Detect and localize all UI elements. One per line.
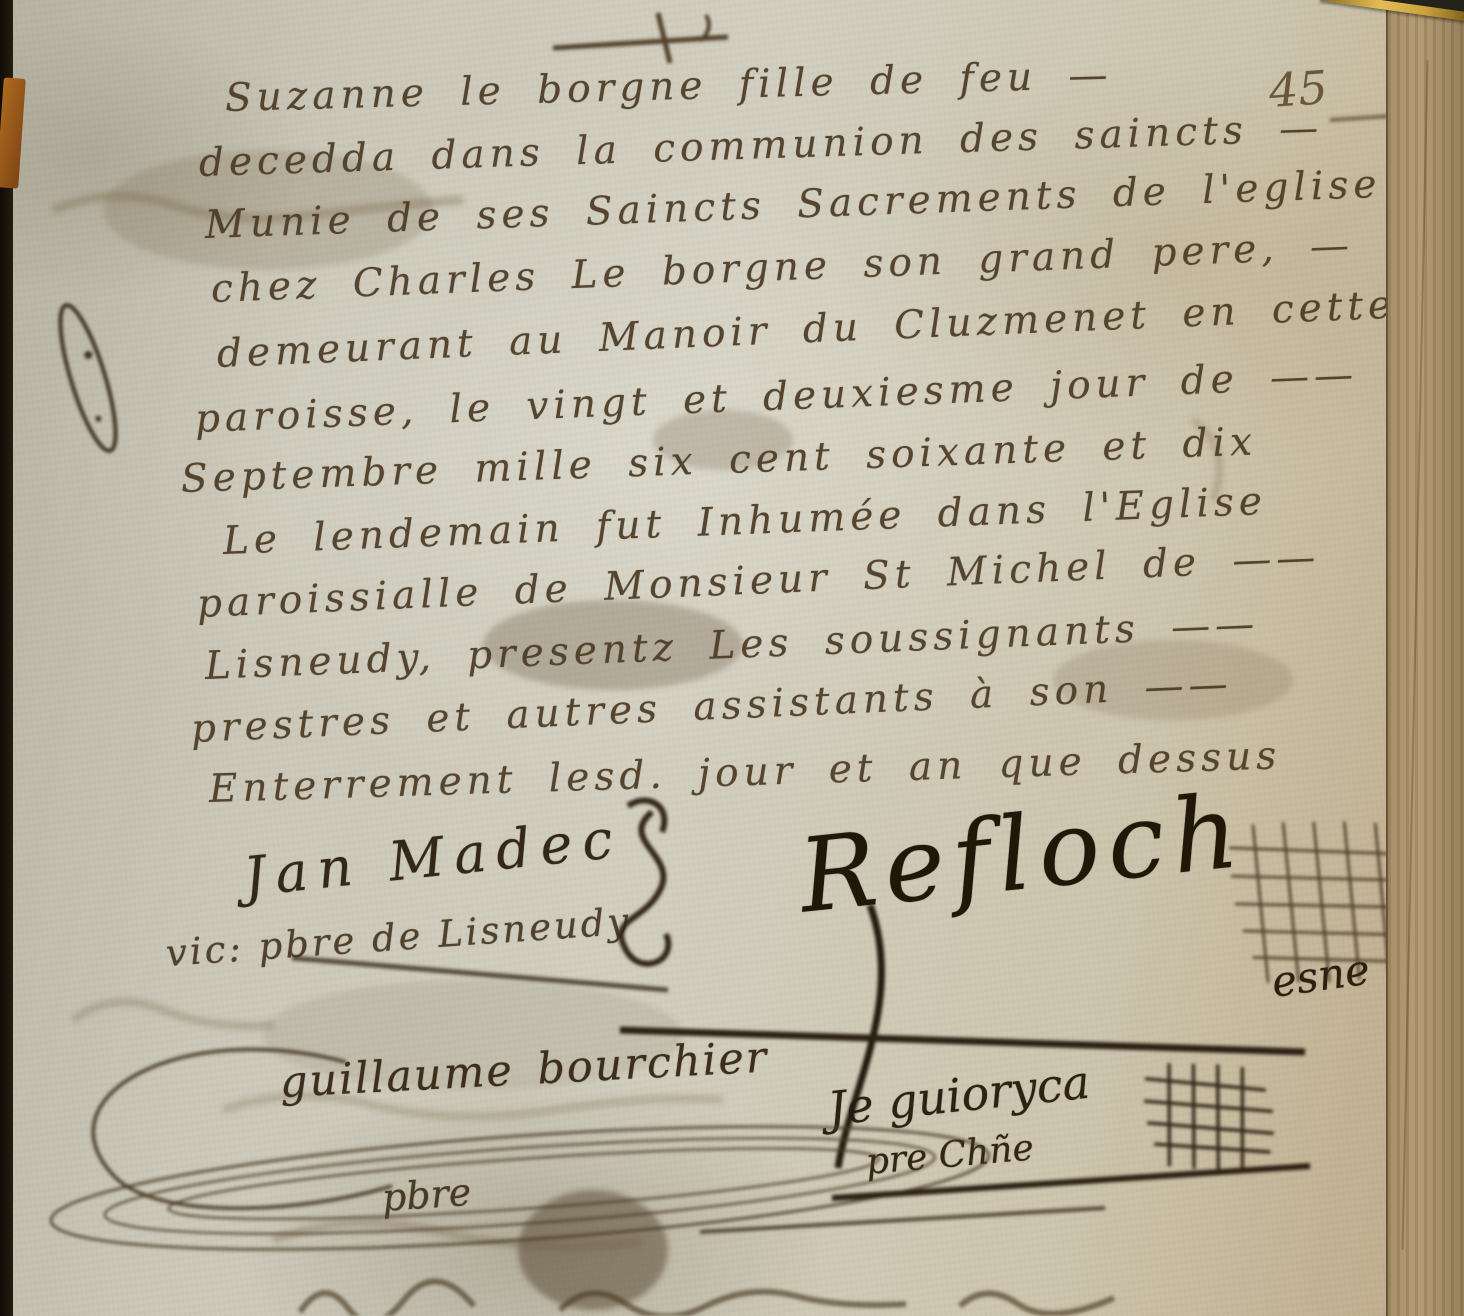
binding-gutter xyxy=(0,0,13,1316)
page-crease xyxy=(1402,60,1429,1250)
signature-guillaume-role: pbre xyxy=(380,1170,472,1220)
page-number: 45 xyxy=(1267,60,1329,118)
manuscript-photo: Suzanne le borgne fille de feu — decedda… xyxy=(0,0,1464,1316)
ink-blot xyxy=(518,1190,668,1310)
page-edge xyxy=(1386,0,1464,1316)
